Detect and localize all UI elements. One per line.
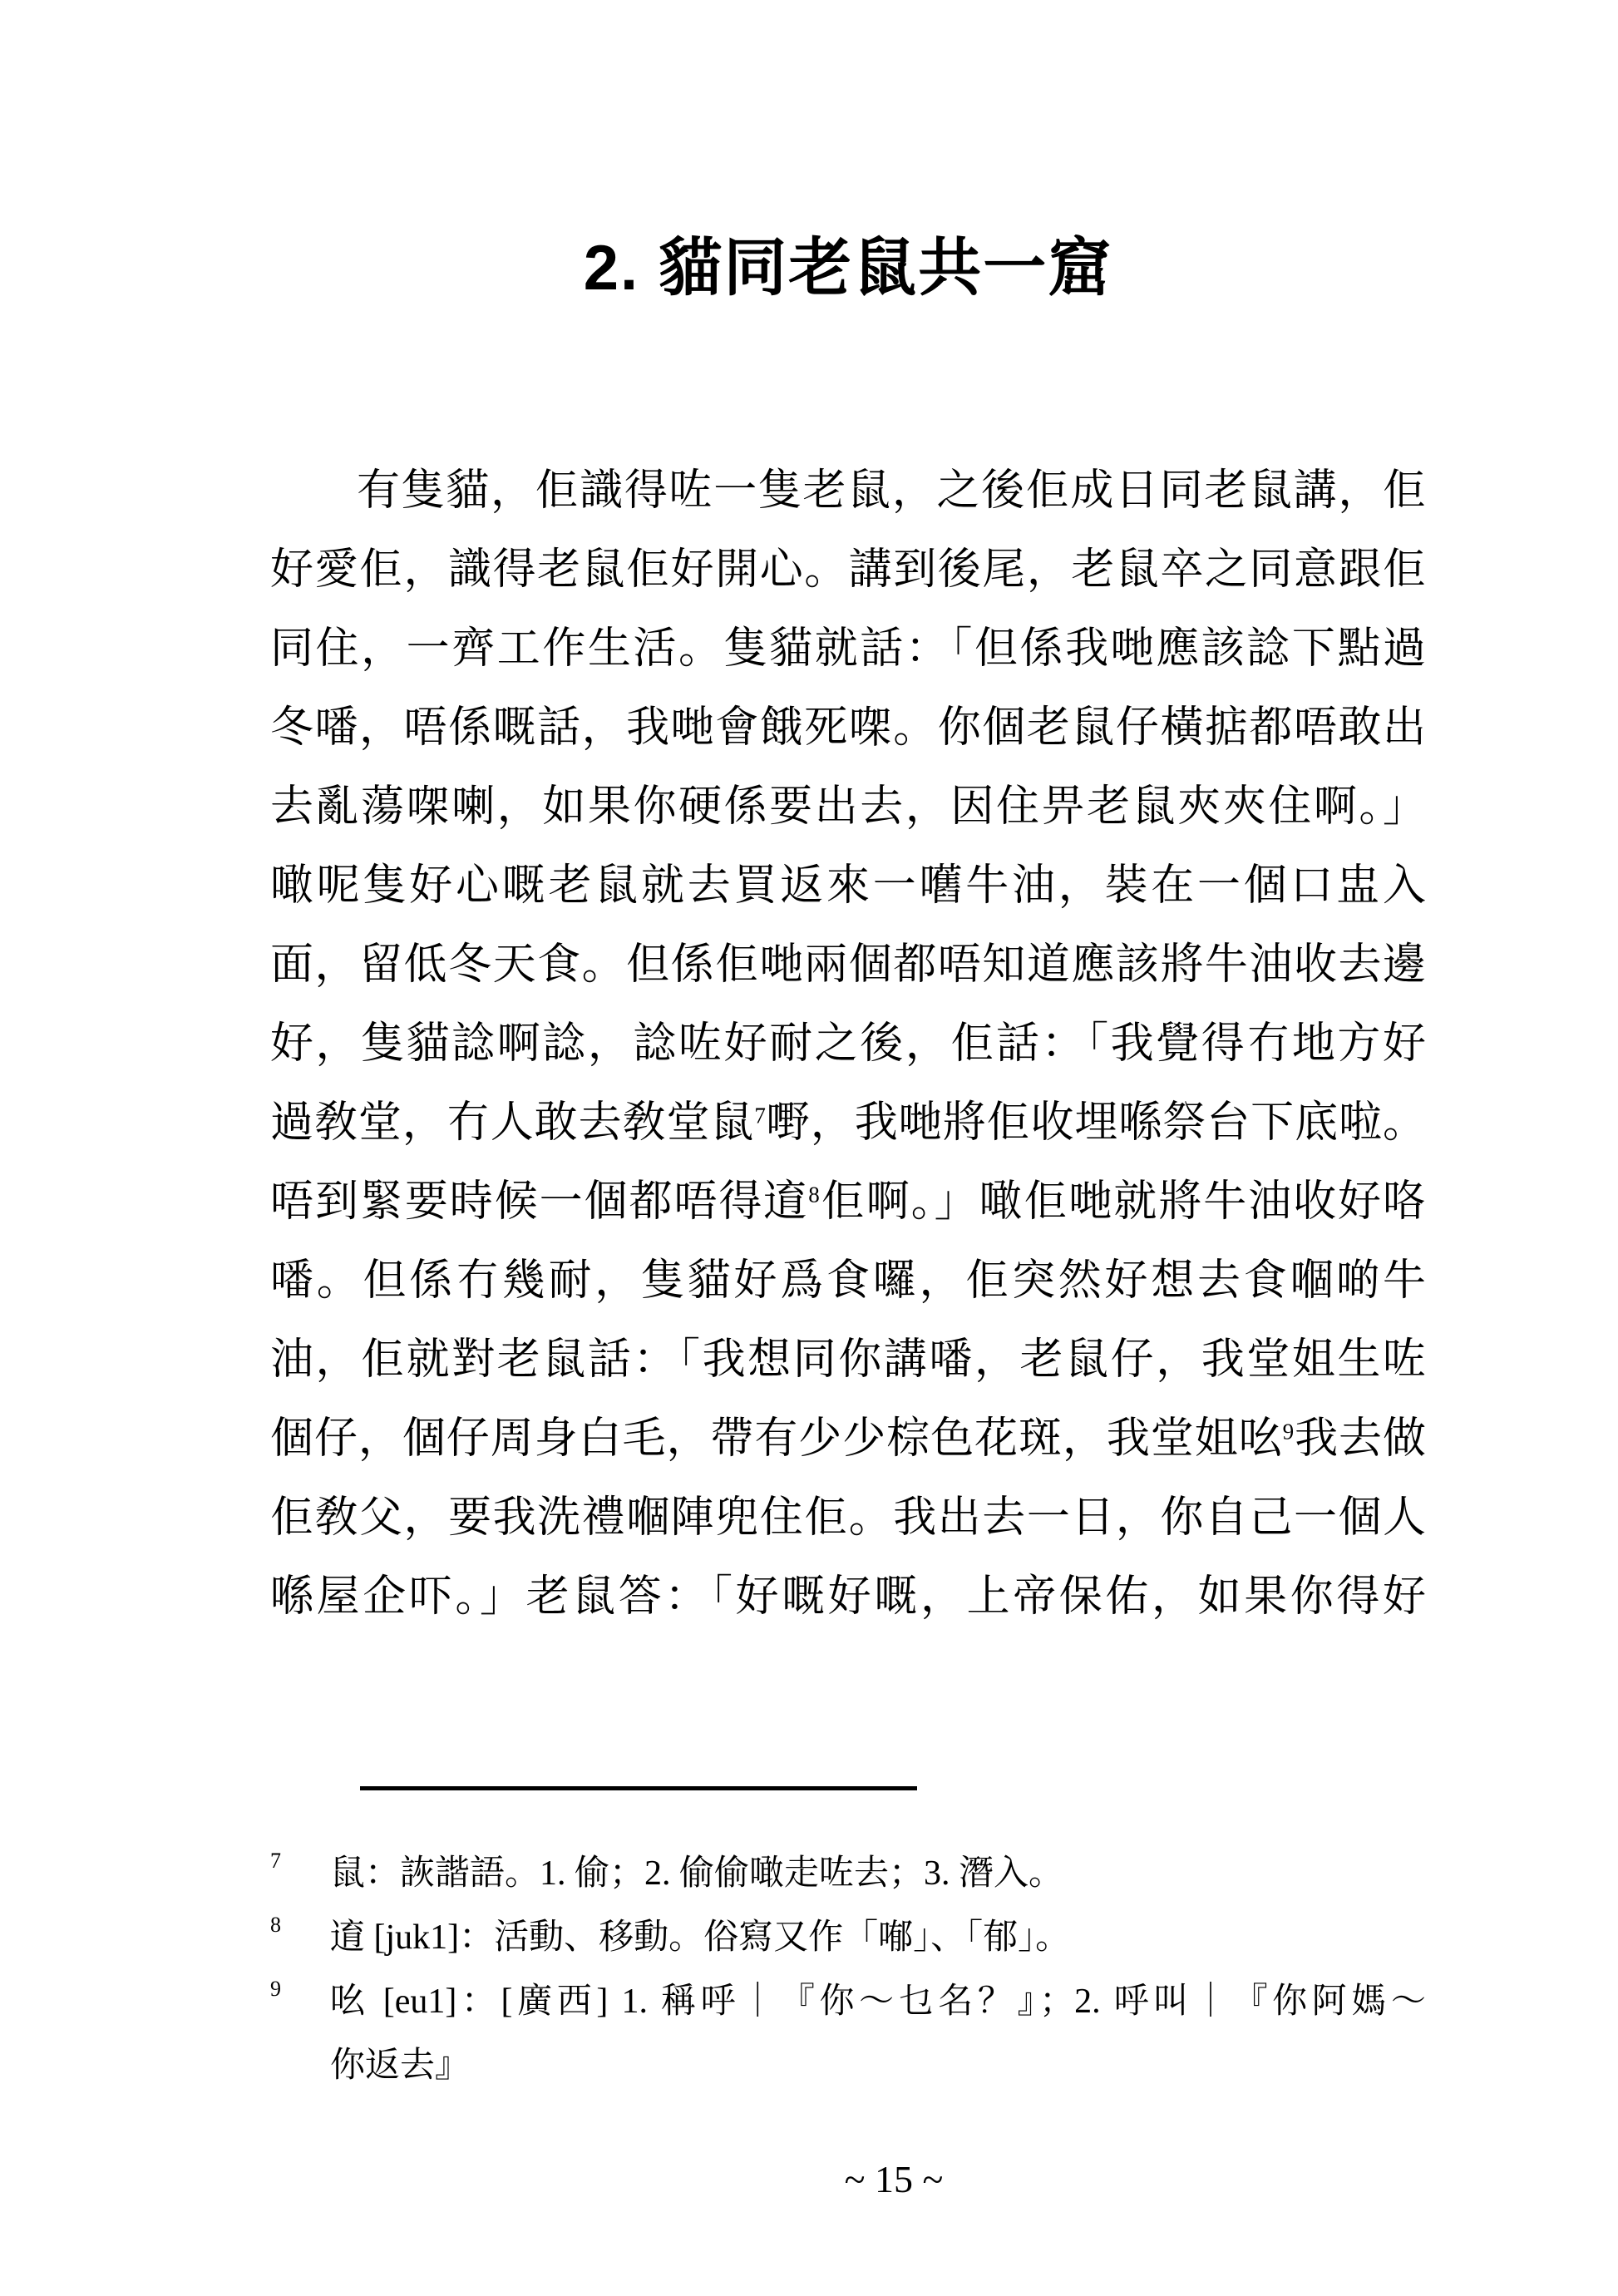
story-line: 油，佢就對老鼠話：「我想同你講噃，老鼠仔，我堂姐生咗 [270, 1321, 1426, 1400]
story-line: 同住，一齊工作生活。隻貓就話：「但係我哋應該諗下點過 [270, 610, 1426, 689]
footnote-item: 9吆 [eu1]：[廣西] 1. 稱呼｜『你～乜名？』；2. 呼叫｜『你阿媽～你… [270, 1970, 1426, 2098]
footnote-item: 8逳 [juk1]：活動、移動。俗寫又作「喐」、「郁」。 [270, 1906, 1426, 1970]
page-title: 2. 貓同老鼠共一窟 [270, 235, 1426, 302]
story-line: 好愛佢，識得老鼠佢好開心。講到後尾，老鼠卒之同意跟佢 [270, 531, 1426, 610]
story-line: 去亂蕩㗎喇，如果你硬係要出去，因住畀老鼠夾夾住啊。」 [270, 768, 1426, 847]
footnote-marker: 8 [270, 1906, 330, 1938]
story-line: 好，隻貓諗啊諗，諗咗好耐之後，佢話：「我覺得冇地方好 [270, 1005, 1426, 1084]
footnote-line: 你返去』 [330, 2034, 1426, 2098]
story-line: 過敎堂，冇人敢去敎堂鼠7嘢，我哋將佢收埋喺祭台下底啦。 [270, 1084, 1426, 1163]
story-line: 佢敎父，要我洗禮嗰陣兜住佢。我出去一日，你自己一個人 [270, 1479, 1426, 1558]
page-number: ~ 15 ~ [316, 2159, 1472, 2200]
story-line: 噉呢隻好心嘅老鼠就去買返來一嚿牛油，裝在一個口盅入 [270, 847, 1426, 926]
story-line: 有隻貓，佢識得咗一隻老鼠，之後佢成日同老鼠講，佢 [270, 452, 1426, 531]
footnote-text: 逳 [juk1]：活動、移動。俗寫又作「喐」、「郁」。 [330, 1906, 1426, 1970]
story-line: 冬噃，唔係嘅話，我哋會餓死㗎。你個老鼠仔橫掂都唔敢出 [270, 689, 1426, 768]
footnote-ref: 7 [754, 1103, 766, 1128]
footnote-line: 鼠：詼諧語。1. 偷；2. 偷偷噉走咗去；3. 潛入。 [330, 1842, 1426, 1906]
footnote-marker: 9 [270, 1970, 330, 2002]
footnotes: 7鼠：詼諧語。1. 偷；2. 偷偷噉走咗去；3. 潛入。8逳 [juk1]：活動… [270, 1842, 1426, 2098]
footnote-text: 鼠：詼諧語。1. 偷；2. 偷偷噉走咗去；3. 潛入。 [330, 1842, 1426, 1906]
story-line: 唔到緊要時候一個都唔得逳8佢啊。」噉佢哋就將牛油收好咯 [270, 1163, 1426, 1242]
book-page: 2. 貓同老鼠共一窟 有隻貓，佢識得咗一隻老鼠，之後佢成日同老鼠講，佢好愛佢，識… [0, 0, 1618, 2296]
footnote-ref: 9 [1283, 1419, 1295, 1444]
story-line: 面，留低冬天食。但係佢哋兩個都唔知道應該將牛油收去邊 [270, 926, 1426, 1005]
story-line: 個仔，個仔周身白毛，帶有少少棕色花斑，我堂姐吆9我去做 [270, 1400, 1426, 1479]
story-line: 噃。但係冇幾耐，隻貓好爲食囉，佢突然好想去食嗰啲牛 [270, 1242, 1426, 1321]
footnote-item: 7鼠：詼諧語。1. 偷；2. 偷偷噉走咗去；3. 潛入。 [270, 1842, 1426, 1906]
footnote-ref: 8 [808, 1182, 820, 1207]
footnote-marker: 7 [270, 1842, 330, 1874]
story-line: 喺屋企吓。」老鼠答：「好嘅好嘅，上帝保佑，如果你得好 [270, 1558, 1426, 1637]
footnote-line: 吆 [eu1]：[廣西] 1. 稱呼｜『你～乜名？』；2. 呼叫｜『你阿媽～ [330, 1970, 1426, 2034]
footnote-text: 吆 [eu1]：[廣西] 1. 稱呼｜『你～乜名？』；2. 呼叫｜『你阿媽～你返… [330, 1970, 1426, 2098]
story-text: 有隻貓，佢識得咗一隻老鼠，之後佢成日同老鼠講，佢好愛佢，識得老鼠佢好開心。講到後… [270, 452, 1426, 1637]
footnote-separator [360, 1786, 917, 1790]
footnote-line: 逳 [juk1]：活動、移動。俗寫又作「喐」、「郁」。 [330, 1906, 1426, 1970]
